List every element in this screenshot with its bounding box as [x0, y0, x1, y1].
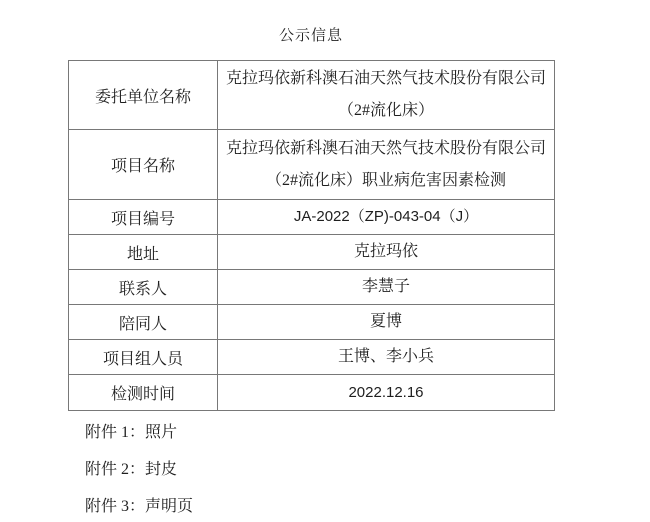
- row-label: 项目编号: [69, 200, 218, 234]
- row-label: 检测时间: [69, 375, 218, 410]
- row-value-line: 克拉玛依: [354, 242, 418, 261]
- row-value-line: （2#流化床）: [338, 101, 434, 120]
- row-value: JA-2022（ZP)-043-04（J）: [218, 200, 554, 234]
- document-page: 公示信息 委托单位名称 克拉玛依新科澳石油天然气技术股份有限公司（2#流化床） …: [0, 0, 650, 522]
- row-value-line: 克拉玛依新科澳石油天然气技术股份有限公司: [226, 139, 546, 158]
- row-value-line: 李慧子: [362, 277, 410, 296]
- row-label: 委托单位名称: [69, 61, 218, 129]
- table-row: 联系人 李慧子: [69, 270, 554, 305]
- row-value: 克拉玛依新科澳石油天然气技术股份有限公司（2#流化床）职业病危害因素检测: [218, 130, 554, 199]
- table-row: 地址 克拉玛依: [69, 235, 554, 270]
- row-value: 李慧子: [218, 270, 554, 304]
- row-value-line: 王博、李小兵: [338, 347, 434, 366]
- row-label: 地址: [69, 235, 218, 269]
- row-value-line: JA-2022（ZP)-043-04（J）: [294, 208, 478, 226]
- table-row: 项目组人员 王博、李小兵: [69, 340, 554, 375]
- attachment-item: 附件 2：封皮: [85, 449, 193, 486]
- row-label: 陪同人: [69, 305, 218, 339]
- row-value-line: （2#流化床）职业病危害因素检测: [266, 171, 506, 190]
- row-value: 克拉玛依: [218, 235, 554, 269]
- row-value-line: 夏博: [370, 312, 402, 331]
- row-label: 联系人: [69, 270, 218, 304]
- row-value: 2022.12.16: [218, 375, 554, 410]
- table-row: 检测时间 2022.12.16: [69, 375, 554, 410]
- row-value: 夏博: [218, 305, 554, 339]
- table-row: 陪同人 夏博: [69, 305, 554, 340]
- page-title: 公示信息: [68, 28, 554, 45]
- row-value-line: 2022.12.16: [348, 384, 423, 402]
- row-label: 项目组人员: [69, 340, 218, 374]
- row-label: 项目名称: [69, 130, 218, 199]
- row-value-line: 克拉玛依新科澳石油天然气技术股份有限公司: [226, 69, 546, 88]
- attachment-item: 附件 1：照片: [85, 412, 193, 449]
- attachment-item: 附件 3：声明页: [85, 486, 193, 522]
- table-row: 项目编号 JA-2022（ZP)-043-04（J）: [69, 200, 554, 235]
- table-row: 委托单位名称 克拉玛依新科澳石油天然气技术股份有限公司（2#流化床）: [69, 61, 554, 130]
- info-table: 委托单位名称 克拉玛依新科澳石油天然气技术股份有限公司（2#流化床） 项目名称 …: [68, 60, 555, 411]
- attachments-list: 附件 1：照片 附件 2：封皮 附件 3：声明页: [85, 412, 193, 522]
- row-value: 克拉玛依新科澳石油天然气技术股份有限公司（2#流化床）: [218, 61, 554, 129]
- table-row: 项目名称 克拉玛依新科澳石油天然气技术股份有限公司（2#流化床）职业病危害因素检…: [69, 130, 554, 200]
- row-value: 王博、李小兵: [218, 340, 554, 374]
